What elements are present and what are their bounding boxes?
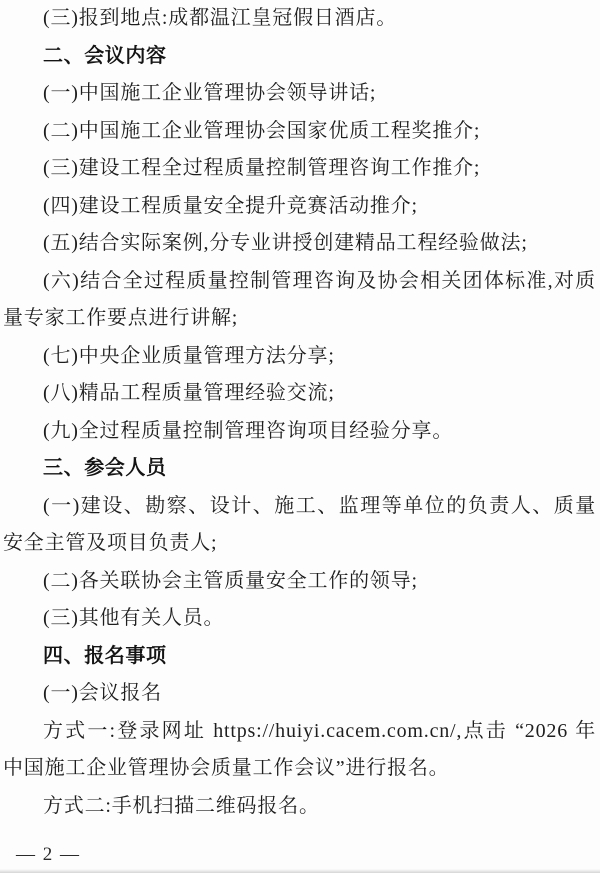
document-body: (三)报到地点:成都温江皇冠假日酒店。 二、会议内容 (一)中国施工企业管理协会… — [0, 0, 600, 825]
registration-method-1-website: 方式一:登录网址 https://huiyi.cacem.com.cn/,点击 … — [3, 713, 596, 788]
checkin-location-line: (三)报到地点:成都温江皇冠假日酒店。 — [3, 0, 596, 38]
attendees-item-2: (二)各关联协会主管质量安全工作的领导; — [3, 563, 596, 601]
meeting-content-item-7: (七)中央企业质量管理方法分享; — [3, 338, 596, 376]
registration-method-2-qrcode: 方式二:手机扫描二维码报名。 — [3, 788, 596, 826]
meeting-content-item-5: (五)结合实际案例,分专业讲授创建精品工程经验做法; — [3, 225, 596, 263]
meeting-content-item-8: (八)精品工程质量管理经验交流; — [3, 375, 596, 413]
registration-subheading: (一)会议报名 — [3, 675, 596, 713]
attendees-item-1: (一)建设、勘察、设计、施工、监理等单位的负责人、质量安全主管及项目负责人; — [3, 488, 596, 563]
section-heading-attendees: 三、参会人员 — [3, 450, 596, 488]
attendees-item-3: (三)其他有关人员。 — [3, 600, 596, 638]
meeting-content-item-6: (六)结合全过程质量控制管理咨询及协会相关团体标准,对质量专家工作要点进行讲解; — [3, 263, 596, 338]
meeting-content-item-2: (二)中国施工企业管理协会国家优质工程奖推介; — [3, 113, 596, 151]
page-number: — 2 — — [16, 844, 81, 865]
section-heading-meeting-content: 二、会议内容 — [3, 38, 596, 76]
section-heading-registration: 四、报名事项 — [3, 638, 596, 676]
meeting-content-item-4: (四)建设工程质量安全提升竞赛活动推介; — [3, 188, 596, 226]
meeting-content-item-1: (一)中国施工企业管理协会领导讲话; — [3, 75, 596, 113]
meeting-content-item-9: (九)全过程质量控制管理咨询项目经验分享。 — [3, 413, 596, 451]
meeting-content-item-3: (三)建设工程全过程质量控制管理咨询工作推介; — [3, 150, 596, 188]
scan-bottom-edge — [0, 869, 600, 873]
document-page: (三)报到地点:成都温江皇冠假日酒店。 二、会议内容 (一)中国施工企业管理协会… — [0, 0, 600, 873]
